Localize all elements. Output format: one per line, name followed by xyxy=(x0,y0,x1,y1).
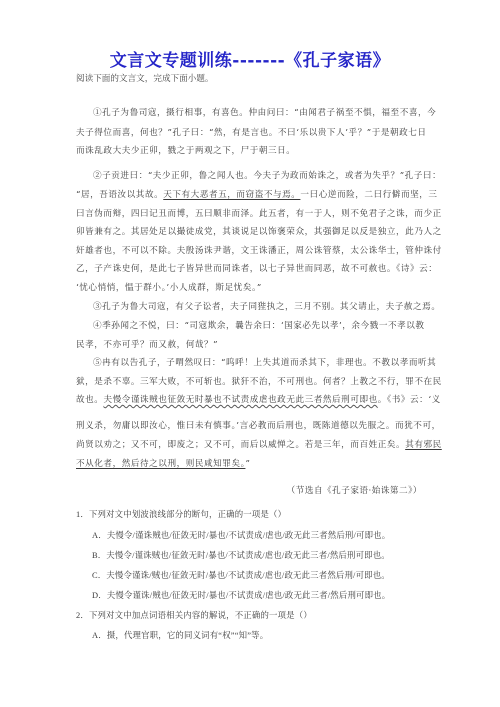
passage-line: 夫子得位而喜，何也？”孔子曰：“然，有是言也。不曰‘乐以贵下人’乎？”于是朝政七… xyxy=(76,127,424,139)
passage-line: ①孔子为鲁司寇，摄行相事，有喜色。仲由问曰：“由闻君子祸至不惧，福至不喜，今 xyxy=(93,107,424,119)
question-stem: 2．下列对文中加点词语相关内容的解说，不正确的一项是（） xyxy=(76,609,312,621)
passage-line: 乙，子产诛史何，是此七子皆异世而同诛者，以七子异世而同恶，故不可赦也。《诗》云： xyxy=(76,263,424,275)
passage-text: ” xyxy=(245,459,250,469)
underlined-sentence: 不从化者，然后待之以刑，则民咸知罪矣。 xyxy=(76,459,245,469)
passage-line: 曰言伪而辩，四曰记丑而博，五曰顺非而泽。此五者，有一于人，则不免君子之诛，而少正 xyxy=(76,208,424,220)
source-citation: （节选自《孔子家语·始诛第二》） xyxy=(287,484,422,496)
passage-text: 故也。 xyxy=(76,395,103,405)
answer-option[interactable]: D．夫慢令谨诛/贼也/征敛无时/暴也/不试责成/虐也/政无此三者/然后刑可即也。 xyxy=(92,589,390,601)
passage-line: 奸雄者也，不可以不除。夫殷汤诛尹谐，文王诛潘正，周公诛管蔡，太公诛华士，管仲诛付 xyxy=(76,245,424,257)
passage-line: ②子贡进曰：“夫少正卯，鲁之闻人也。今夫子为政而始诛之，或者为失乎？”孔子曰： xyxy=(93,170,424,182)
passage-text: “居，吾语汝以其故。 xyxy=(76,190,163,200)
passage-line: 尚贤以劝之；又不可，即废之；又不可，而后以威惮之。若是三年，而百姓正矣。其有邪民 xyxy=(76,439,424,451)
passage-line: 故也。夫慢令谨诛贼也征敛无时暴也不试责成虐也政无此三者然后刑可即也。《书》云：‘… xyxy=(76,394,424,406)
passage-text: 一曰心逆而险，二曰行僻而坚，三 xyxy=(300,190,437,200)
underlined-sentence: 天下有大恶者五，而窃盗不与焉。 xyxy=(163,190,300,200)
passage-line: ④季孙闻之不悦，曰：“司寇欺余，曩告余曰：‘国家必先以孝’，余今戮一不孝以教 xyxy=(93,320,424,332)
answer-option[interactable]: A．夫慢令/谨诛贼也/征敛无时/暴也/不试责成/虐也/政无此三者然后刑/可即也。 xyxy=(92,529,390,541)
passage-line: 而诛乱政大夫少正卯，戮之于两观之下，尸于朝三日。 xyxy=(76,145,424,157)
answer-option[interactable]: A．摄，代理官职，它的同义词有“权”“知”等。 xyxy=(92,629,268,641)
passage-line: 狱，是杀不辜。三军大败，不可斩也。狱犴不治，不可刑也。何者？上教之不行，罪不在民 xyxy=(76,376,424,388)
passage-line: “居，吾语汝以其故。天下有大恶者五，而窃盗不与焉。一曰心逆而险，二曰行僻而坚，三 xyxy=(76,189,424,201)
passage-line: ‘忧心悄悄，愠于群小。’小人成群，斯足忧矣。” xyxy=(76,282,424,294)
document-page: 文言文专题训练-------《孔子家语》 阅读下面的文言文，完成下面小题。 ①孔… xyxy=(0,0,500,707)
passage-line: 民孝，不亦可乎？而又赦，何哉？” xyxy=(76,339,424,351)
page-title: 文言文专题训练-------《孔子家语》 xyxy=(0,46,500,71)
instruction-text: 阅读下面的文言文，完成下面小题。 xyxy=(76,72,214,84)
passage-line: ③孔子为鲁大司寇，有父子讼者，夫子同狴执之，三月不别。其父请止，夫子赦之焉。 xyxy=(93,301,424,313)
wavy-underlined-sentence: 夫慢令谨诛贼也征敛无时暴也不试责成虐也政无此三者然后刑可即也 xyxy=(103,395,377,405)
passage-text: 尚贤以劝之；又不可，即废之；又不可，而后以威惮之。若是三年，而百姓正矣。 xyxy=(76,440,405,450)
passage-text: 。《书》云：‘义 xyxy=(378,395,441,405)
answer-option[interactable]: C．夫慢令谨诛/贼也/征敛无时/暴也/不试责成/虐也/政无此三者然后刑/可即也。 xyxy=(92,569,390,581)
passage-line: 刑义杀，勿庸以即汝心，惟曰未有慎事。’言必教而后刑也，既陈道德以先服之。而犹不可… xyxy=(76,420,424,432)
passage-line: ⑤冉有以告孔子，子喟然叹曰：“呜呼！上失其道而杀其下，非理也。不教以孝而听其 xyxy=(93,357,424,369)
question-stem: 1．下列对文中划波浪线部分的断句，正确的一项是（） xyxy=(76,508,286,520)
passage-line: 卯皆兼有之。其居处足以撮徒成党，其谈说足以饰褒荣众，其强御足以反是独立，此乃人之 xyxy=(76,226,424,238)
underlined-sentence: 其有邪民 xyxy=(405,440,442,450)
passage-line: 不从化者，然后待之以刑，则民咸知罪矣。” xyxy=(76,458,424,470)
answer-option[interactable]: B．夫慢令/谨诛贼也/征敛无时/暴也/不试责成/虐也/政无此三者/然后刑可即也。 xyxy=(92,549,390,561)
